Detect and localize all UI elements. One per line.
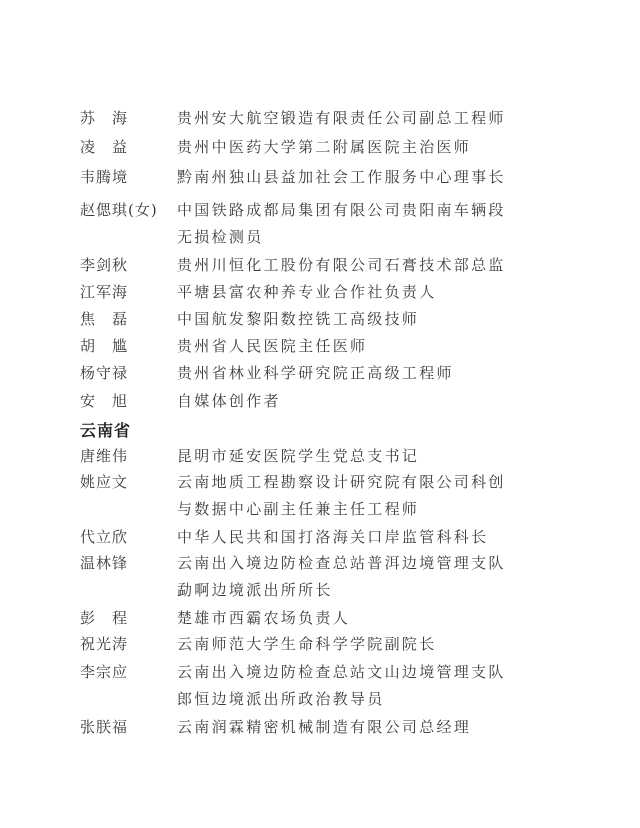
person-title: 贵州川恒化工股份有限公司石膏技术部总监: [177, 252, 522, 279]
person-title: 贵州省人民医院主任医师: [177, 333, 522, 360]
person-name: 韦腾境: [80, 164, 175, 191]
person-name: 李剑秋: [80, 252, 175, 279]
person-name: 赵偲琪(女): [80, 197, 175, 224]
person-title: 贵州省林业科学研究院正高级工程师: [177, 360, 522, 387]
person-name: 焦 磊: [80, 306, 175, 333]
person-name: 凌 益: [80, 134, 175, 161]
person-title: 楚雄市西霸农场负责人: [177, 605, 522, 632]
person-title: 贵州中医药大学第二附属医院主治医师: [177, 134, 522, 161]
person-title: 自媒体创作者: [177, 388, 522, 415]
person-title: 中华人民共和国打洛海关口岸监管科科长: [177, 524, 522, 551]
person-title: 云南出入境边防检查总站文山边境管理支队郎恒边境派出所政治教导员: [177, 659, 522, 713]
person-title: 平塘县富农种养专业合作社负责人: [177, 279, 522, 306]
person-name: 安 旭: [80, 388, 175, 415]
person-name: 李宗应: [80, 659, 175, 686]
person-name: 苏 海: [80, 105, 175, 132]
person-name: 温林锋: [80, 550, 175, 577]
person-title: 云南地质工程勘察设计研究院有限公司科创与数据中心副主任兼主任工程师: [177, 469, 522, 523]
person-title: 昆明市延安医院学生党总支书记: [177, 443, 522, 470]
person-name: 唐维伟: [80, 443, 175, 470]
person-title: 云南出入境边防检查总站普洱边境管理支队勐啊边境派出所所长: [177, 550, 522, 604]
document-page: 苏 海 贵州安大航空锻造有限责任公司副总工程师 凌 益 贵州中医药大学第二附属医…: [0, 0, 640, 828]
person-name: 杨守禄: [80, 360, 175, 387]
person-name: 姚应文: [80, 469, 175, 496]
person-name: 祝光涛: [80, 631, 175, 658]
person-title: 云南师范大学生命科学学院副院长: [177, 631, 522, 658]
person-name: 江军海: [80, 279, 175, 306]
person-name: 代立欣: [80, 524, 175, 551]
person-title: 云南润霖精密机械制造有限公司总经理: [177, 714, 522, 741]
person-title: 黔南州独山县益加社会工作服务中心理事长: [177, 164, 522, 191]
person-title: 中国铁路成都局集团有限公司贵阳南车辆段无损检测员: [177, 197, 522, 251]
person-name: 胡 尴: [80, 333, 175, 360]
person-name: 彭 程: [80, 605, 175, 632]
province-heading: 云南省: [80, 417, 131, 444]
person-title: 贵州安大航空锻造有限责任公司副总工程师: [177, 105, 522, 132]
person-name: 张朕福: [80, 714, 175, 741]
person-title: 中国航发黎阳数控铣工高级技师: [177, 306, 522, 333]
